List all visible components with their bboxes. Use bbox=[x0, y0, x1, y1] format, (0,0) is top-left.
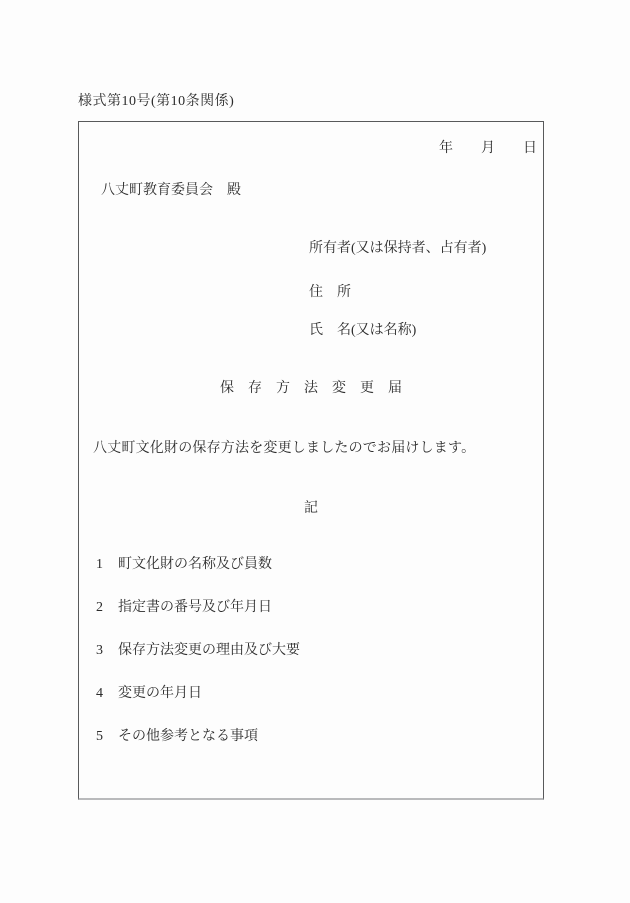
name-label: 氏 名(又は名称) bbox=[309, 324, 416, 338]
item-text: 変更の年月日 bbox=[118, 687, 202, 701]
item-number: 5 bbox=[96, 730, 118, 744]
address-label: 住 所 bbox=[309, 286, 351, 300]
addressee-line: 八丈町教育委員会 殿 bbox=[101, 184, 241, 198]
item-list: 1 町文化財の名称及び員数 2 指定書の番号及び年月日 3 保存方法変更の理由及… bbox=[96, 558, 300, 744]
list-item-2: 2 指定書の番号及び年月日 bbox=[96, 601, 300, 615]
list-item-5: 5 その他参考となる事項 bbox=[96, 730, 300, 744]
list-item-1: 1 町文化財の名称及び員数 bbox=[96, 558, 300, 572]
form-border-box: 年 月 日 八丈町教育委員会 殿 所有者(又は保持者、占有者) 住 所 氏 名(… bbox=[78, 121, 544, 800]
item-text: 指定書の番号及び年月日 bbox=[118, 601, 272, 615]
item-text: 保存方法変更の理由及び大要 bbox=[118, 644, 300, 658]
item-number: 1 bbox=[96, 558, 118, 572]
list-item-4: 4 変更の年月日 bbox=[96, 687, 300, 701]
item-number: 4 bbox=[96, 687, 118, 701]
owner-label: 所有者(又は保持者、占有者) bbox=[309, 242, 486, 256]
notification-sentence: 八丈町文化財の保存方法を変更しましたのでお届けします。 bbox=[93, 442, 475, 456]
list-item-3: 3 保存方法変更の理由及び大要 bbox=[96, 644, 300, 658]
record-heading: 記 bbox=[79, 502, 543, 516]
document-page: 様式第10号(第10条関係) 年 月 日 八丈町教育委員会 殿 所有者(又は保持… bbox=[0, 0, 630, 903]
item-number: 3 bbox=[96, 644, 118, 658]
document-title: 保 存 方 法 変 更 届 bbox=[79, 382, 543, 396]
item-text: 町文化財の名称及び員数 bbox=[118, 558, 272, 572]
form-number-label: 様式第10号(第10条関係) bbox=[78, 95, 234, 109]
item-number: 2 bbox=[96, 601, 118, 615]
item-text: その他参考となる事項 bbox=[118, 730, 258, 744]
date-line: 年 月 日 bbox=[439, 142, 537, 156]
